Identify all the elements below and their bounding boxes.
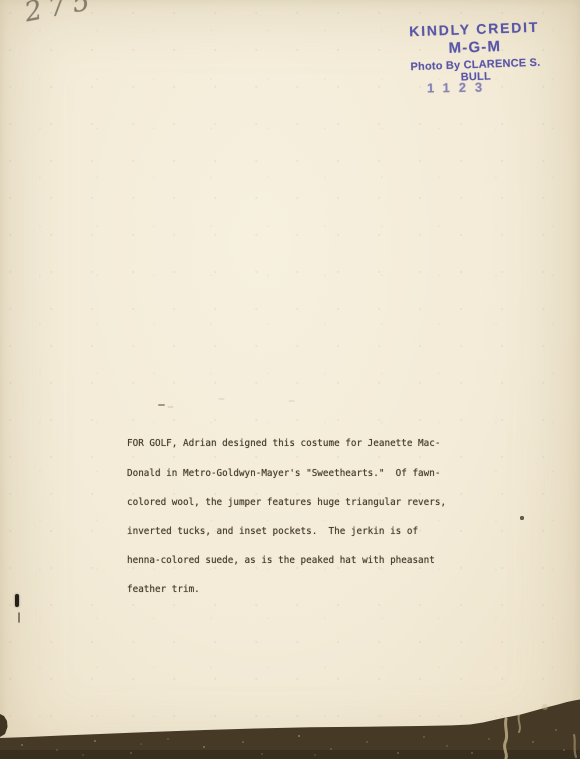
mgm-credit-stamp: KINDLY CREDIT M-G-M Photo By CLARENCE S.… [401,18,549,85]
photo-verso-scan: 275 KINDLY CREDIT M-G-M Photo By CLARENC… [0,0,580,759]
stamp-line-mgm: M-G-M [402,36,549,58]
caption-line-4: inverted tucks, and inset pockets. The j… [127,527,446,537]
caption-line-1: FOR GOLF, Adrian designed this costume f… [127,439,446,449]
negative-number-stamp: 1123 [427,79,491,95]
handwritten-number: 275 [22,0,99,28]
small-spot [520,516,524,520]
caption-line-3: colored wool, the jumper features huge t… [127,498,446,508]
caption-line-5: henna-colored suede, as is the peaked ha… [127,556,446,566]
caption-line-2: Donald in Metro-Goldwyn-Mayer's "Sweethe… [127,469,446,479]
faint-smudge [158,404,165,406]
ink-blot [15,594,19,607]
photo-dark-edge [0,695,580,759]
caption-line-6: feather trim. [127,585,446,595]
typed-caption: FOR GOLF, Adrian designed this costume f… [127,420,446,614]
